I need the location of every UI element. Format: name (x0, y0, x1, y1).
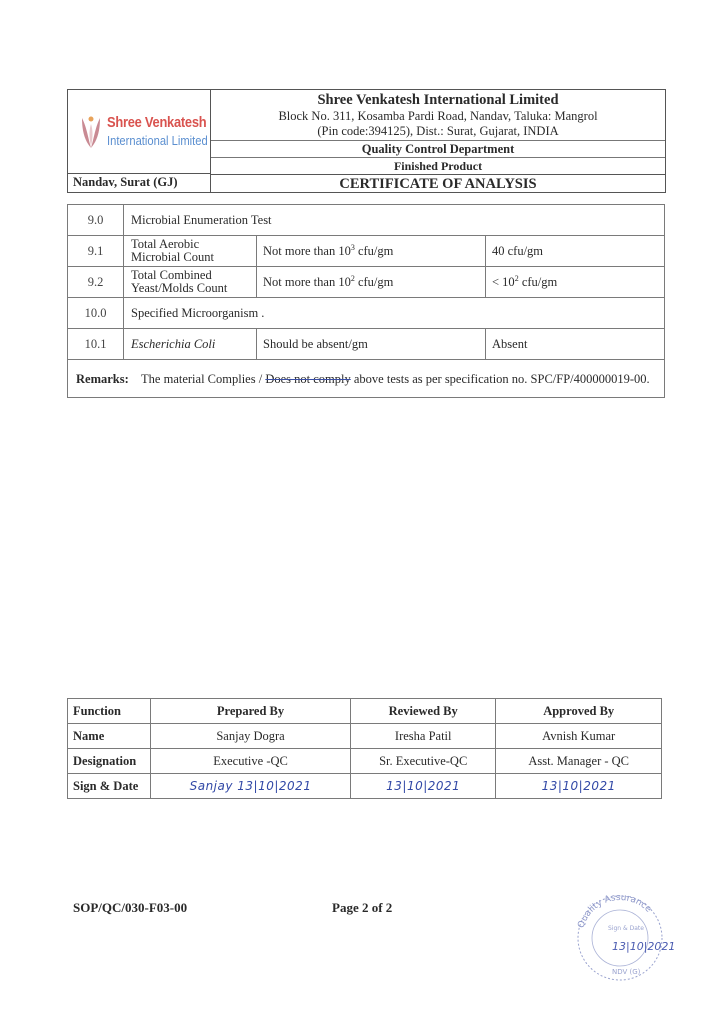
row-number: 10.1 (68, 329, 124, 360)
remarks-text-end: above tests as per specification no. SPC… (351, 372, 650, 386)
test-name-line2: Yeast/Molds Count (131, 281, 227, 295)
approved-by-name: Avnish Kumar (496, 724, 662, 749)
test-name: Escherichia Coli (124, 329, 257, 360)
table-row: 10.1 Escherichia Coli Should be absent/g… (68, 329, 665, 360)
page-number: Page 2 of 2 (332, 900, 392, 916)
spec-unit: cfu/gm (355, 244, 394, 258)
remarks-label: Remarks: (76, 372, 129, 386)
results-table: 9.0 Microbial Enumeration Test 9.1 Total… (67, 204, 665, 398)
spec-unit: cfu/gm (355, 275, 394, 289)
result-text: < 10 (492, 275, 515, 289)
row-number: 10.0 (68, 298, 124, 329)
test-name-line2: Microbial Count (131, 250, 214, 264)
remarks: Remarks: The material Complies / Does no… (68, 360, 665, 398)
test-name-line1: Total Combined (131, 268, 212, 282)
remarks-row: Remarks: The material Complies / Does no… (68, 360, 665, 398)
document-header: Shree Venkatesh International Limited Na… (67, 89, 666, 193)
stamp-inner-label: Sign & Date (608, 925, 644, 932)
spec-text: Not more than 10 (263, 275, 351, 289)
table-row: 10.0 Specified Microorganism . (68, 298, 665, 329)
column-header: Approved By (496, 699, 662, 724)
department-label: Quality Control Department (211, 140, 665, 158)
document-title: CERTIFICATE OF ANALYSIS (211, 174, 665, 193)
row-number: 9.2 (68, 267, 124, 298)
signoff-sign-row: Sign & Date Sanjay 13|10|2021 13|10|2021… (68, 774, 662, 799)
column-header: Reviewed By (351, 699, 496, 724)
company-logo: Shree Venkatesh International Limited (76, 112, 208, 152)
signoff-designation-row: Designation Executive -QC Sr. Executive-… (68, 749, 662, 774)
header-info-panel: Shree Venkatesh International Limited Bl… (211, 90, 665, 192)
stamp-handwritten-date: 13|10|2021 (612, 940, 675, 953)
prepared-by-signature: Sanjay 13|10|2021 (151, 774, 351, 799)
result: 40 cfu/gm (486, 236, 665, 267)
test-name: Total Combined Yeast/Molds Count (124, 267, 257, 298)
specification: Not more than 102 cfu/gm (257, 267, 486, 298)
logo-text-secondary: International Limited (107, 133, 208, 148)
test-name-line1: Total Aerobic (131, 237, 199, 251)
table-row: 9.1 Total Aerobic Microbial Count Not mo… (68, 236, 665, 267)
section-title: Microbial Enumeration Test (124, 205, 665, 236)
address-line-1: Block No. 311, Kosamba Pardi Road, Nanda… (211, 109, 665, 124)
approved-by-designation: Asst. Manager - QC (496, 749, 662, 774)
result: Absent (486, 329, 665, 360)
signoff-table: Function Prepared By Reviewed By Approve… (67, 698, 662, 799)
spec-text: Not more than 10 (263, 244, 351, 258)
location-label: Nandav, Surat (GJ) (68, 173, 210, 192)
section-title: Specified Microorganism . (124, 298, 665, 329)
stamp-bottom-text: NDV (G) (612, 968, 641, 976)
prepared-by-designation: Executive -QC (151, 749, 351, 774)
product-type-label: Finished Product (211, 157, 665, 175)
remarks-text: The material Complies / (141, 372, 265, 386)
signoff-name-row: Name Sanjay Dogra Iresha Patil Avnish Ku… (68, 724, 662, 749)
approved-by-signature: 13|10|2021 (496, 774, 662, 799)
result-unit: cfu/gm (519, 275, 558, 289)
logo-text-primary: Shree Venkatesh (107, 114, 206, 131)
header-logo-panel: Shree Venkatesh International Limited Na… (68, 90, 211, 192)
row-number: 9.0 (68, 205, 124, 236)
row-number: 9.1 (68, 236, 124, 267)
remarks-struck-text: Does not comply (265, 372, 350, 386)
column-header: Function (68, 699, 151, 724)
specification: Should be absent/gm (257, 329, 486, 360)
result: < 102 cfu/gm (486, 267, 665, 298)
address-line-2: (Pin code:394125), Dist.: Surat, Gujarat… (211, 124, 665, 139)
signoff-header-row: Function Prepared By Reviewed By Approve… (68, 699, 662, 724)
reviewed-by-name: Iresha Patil (351, 724, 496, 749)
specification: Not more than 103 cfu/gm (257, 236, 486, 267)
reviewed-by-signature: 13|10|2021 (351, 774, 496, 799)
row-label: Designation (68, 749, 151, 774)
row-label: Name (68, 724, 151, 749)
test-name: Total Aerobic Microbial Count (124, 236, 257, 267)
tulip-logo-icon (80, 114, 102, 150)
document-code: SOP/QC/030-F03-00 (73, 900, 187, 916)
table-row: 9.2 Total Combined Yeast/Molds Count Not… (68, 267, 665, 298)
row-label: Sign & Date (68, 774, 151, 799)
column-header: Prepared By (151, 699, 351, 724)
reviewed-by-designation: Sr. Executive-QC (351, 749, 496, 774)
company-name: Shree Venkatesh International Limited (211, 92, 665, 109)
table-row: 9.0 Microbial Enumeration Test (68, 205, 665, 236)
prepared-by-name: Sanjay Dogra (151, 724, 351, 749)
quality-assurance-stamp-icon: Quality Assurance Sign & Date NDV (G) 13… (560, 888, 680, 983)
